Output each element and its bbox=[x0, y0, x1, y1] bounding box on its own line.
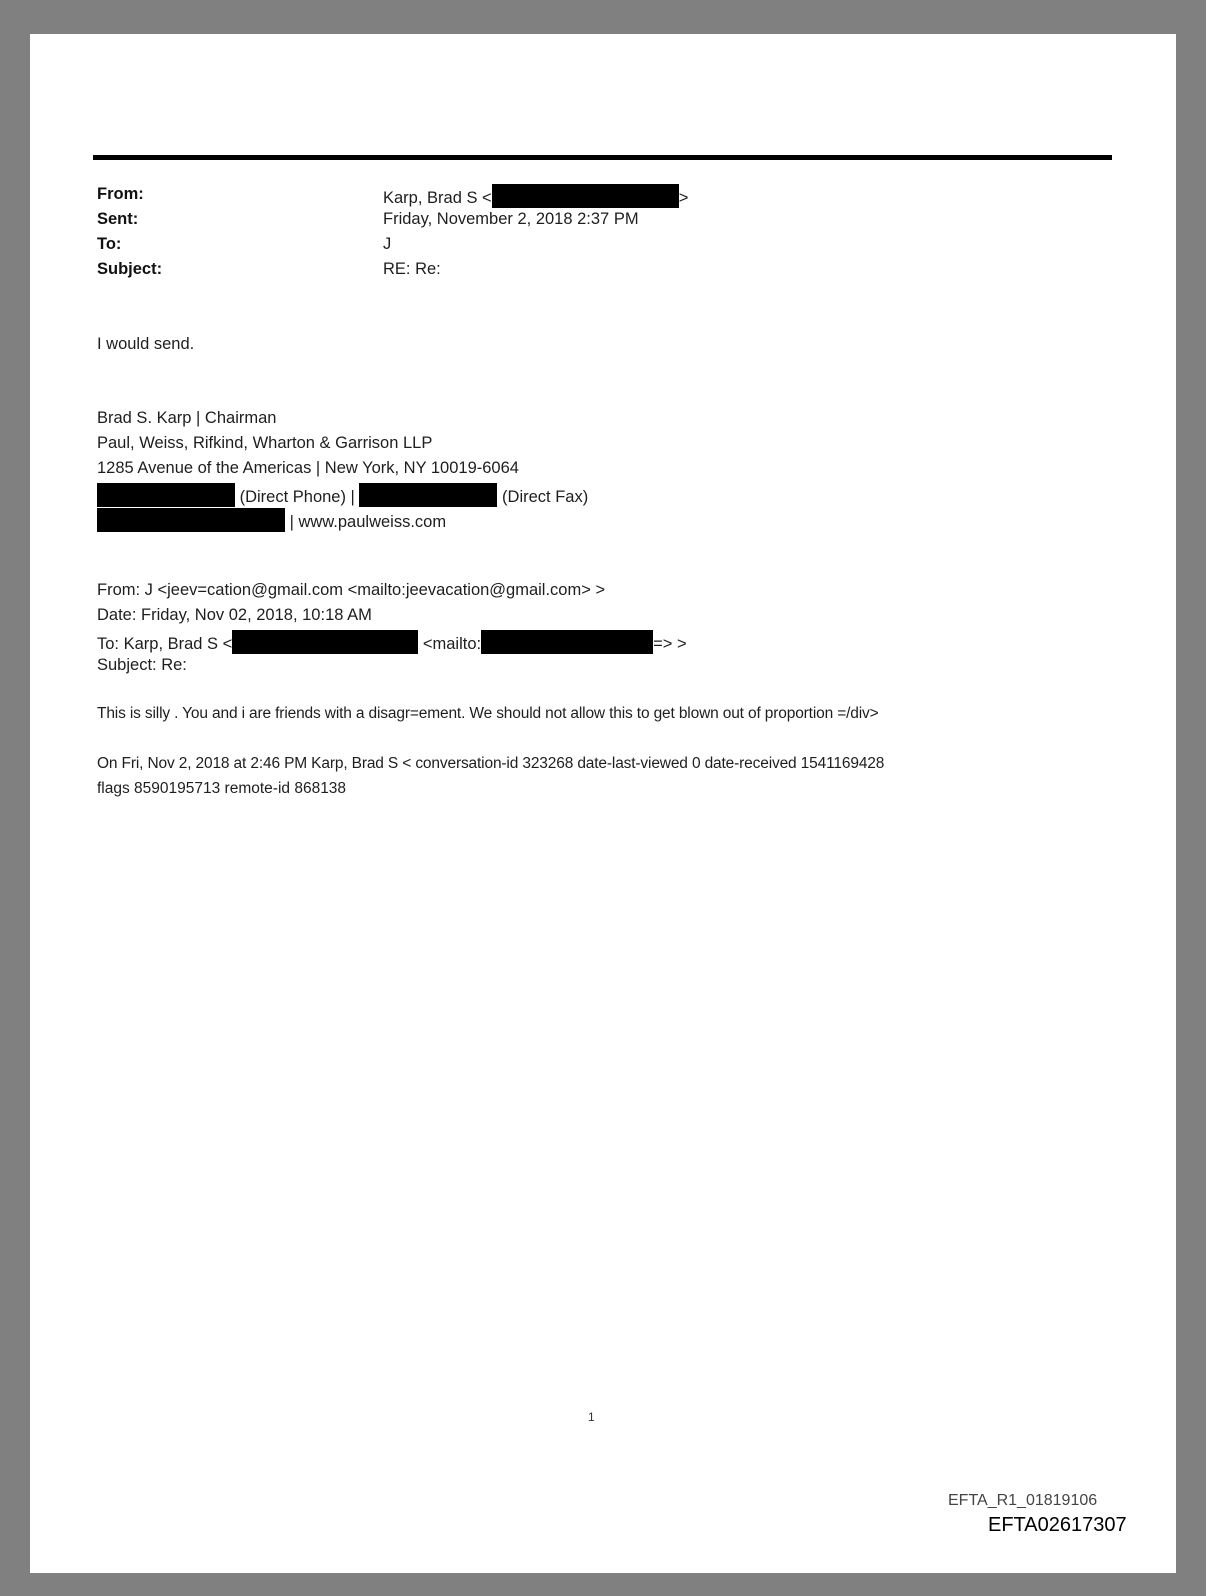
to-value: J bbox=[383, 234, 391, 254]
redaction-box bbox=[232, 630, 418, 654]
subject-label: Subject: bbox=[97, 259, 162, 279]
quoted-on-line-1: On Fri, Nov 2, 2018 at 2:46 PM Karp, Bra… bbox=[97, 754, 884, 774]
quoted-on-line-2: flags 8590195713 remote-id 868138 bbox=[97, 779, 346, 799]
signature-web: | www.paulweiss.com bbox=[97, 508, 446, 532]
document-page: From: Karp, Brad S <> Sent: Friday, Nove… bbox=[30, 34, 1176, 1573]
signature-firm: Paul, Weiss, Rifkind, Wharton & Garrison… bbox=[97, 433, 432, 453]
reply-text: I would send. bbox=[97, 334, 194, 354]
from-value: Karp, Brad S <> bbox=[383, 184, 688, 208]
header-rule bbox=[93, 155, 1112, 160]
direct-fax-label: (Direct Fax) bbox=[502, 488, 588, 506]
bates-number: EFTA02617307 bbox=[988, 1514, 1127, 1537]
redaction-box bbox=[359, 483, 497, 507]
redaction-box bbox=[97, 483, 235, 507]
quoted-message: This is silly . You and i are friends wi… bbox=[97, 704, 879, 724]
sent-label: Sent: bbox=[97, 209, 138, 229]
from-label: From: bbox=[97, 184, 144, 204]
page-number: 1 bbox=[588, 1410, 595, 1424]
quoted-from: From: J <jeev=cation@gmail.com <mailto:j… bbox=[97, 580, 605, 600]
quoted-to: To: Karp, Brad S < <mailto:=> > bbox=[97, 630, 687, 654]
bates-number-r1: EFTA_R1_01819106 bbox=[948, 1492, 1097, 1510]
website-link[interactable]: | www.paulweiss.com bbox=[290, 513, 447, 531]
signature-phone-fax: (Direct Phone) | (Direct Fax) bbox=[97, 483, 588, 507]
signature-name: Brad S. Karp | Chairman bbox=[97, 408, 276, 428]
quoted-to-prefix: To: Karp, Brad S < bbox=[97, 635, 232, 653]
quoted-to-suffix: => > bbox=[653, 635, 687, 653]
from-value-name: Karp, Brad S < bbox=[383, 189, 492, 207]
signature-address: 1285 Avenue of the Americas | New York, … bbox=[97, 458, 519, 478]
quoted-subject: Subject: Re: bbox=[97, 655, 187, 675]
subject-value: RE: Re: bbox=[383, 259, 441, 279]
direct-phone-label: (Direct Phone) | bbox=[240, 488, 355, 506]
from-value-suffix: > bbox=[679, 189, 689, 207]
quoted-date: Date: Friday, Nov 02, 2018, 10:18 AM bbox=[97, 605, 372, 625]
redaction-box bbox=[97, 508, 285, 532]
to-label: To: bbox=[97, 234, 121, 254]
sent-value: Friday, November 2, 2018 2:37 PM bbox=[383, 209, 639, 229]
redaction-box bbox=[481, 630, 653, 654]
redaction-box bbox=[492, 184, 679, 208]
quoted-to-mailto: <mailto: bbox=[423, 635, 481, 653]
